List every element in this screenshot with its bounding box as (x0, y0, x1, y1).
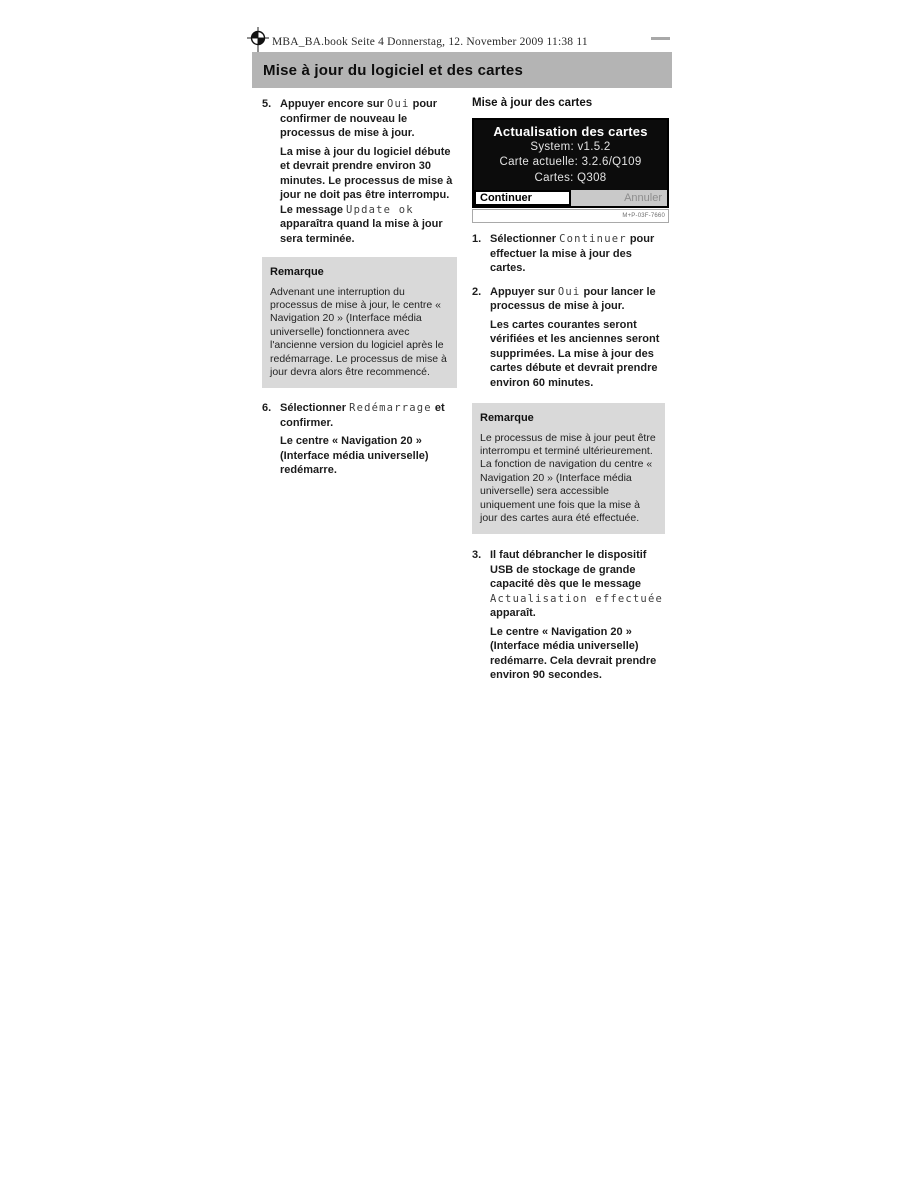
step-6-paragraph: Le centre « Navigation 20 » (Interface m… (280, 434, 457, 478)
note-box: Remarque Advenant une interruption du pr… (262, 257, 457, 388)
step-6: 6. Sélectionner Redémarrage et confirmer… (262, 401, 457, 430)
device-term: Update ok (346, 204, 414, 216)
device-screen: Actualisation des cartes System: v1.5.2 … (474, 120, 667, 191)
device-screen-title: Actualisation des cartes (474, 123, 667, 140)
step-5: 5. Appuyer encore sur Oui pour confirmer… (262, 97, 457, 141)
device-screen-line: Carte actuelle: 3.2.6/Q109 (474, 155, 667, 171)
step-text: Appuyer sur Oui pour lancer le processus… (490, 285, 670, 314)
crop-mark-dash (651, 37, 670, 40)
left-column: 5. Appuyer encore sur Oui pour confirmer… (262, 97, 457, 478)
device-term: Continuer (559, 233, 627, 245)
continue-button: Continuer (474, 190, 571, 206)
step-3: 3. Il faut débrancher le dispositif USB … (472, 548, 670, 621)
step-2: 2. Appuyer sur Oui pour lancer le proces… (472, 285, 670, 314)
device-screen-line: Cartes: Q308 (474, 171, 667, 187)
step-text: Sélectionner Continuer pour effectuer la… (490, 232, 670, 276)
step-3-paragraph: Le centre « Navigation 20 » (Interface m… (490, 625, 670, 683)
figure-caption: M+P-03F-7660 (472, 209, 669, 223)
device-term: Actualisation effectuée (490, 593, 663, 605)
device-screen-line: System: v1.5.2 (474, 140, 667, 156)
step-text-pre: Appuyer encore sur (280, 98, 387, 110)
paragraph-post: apparaîtra quand la mise à jour sera ter… (280, 218, 443, 245)
step-text: Appuyer encore sur Oui pour confirmer de… (280, 97, 457, 141)
note-box: Remarque Le processus de mise à jour peu… (472, 403, 665, 534)
step-1: 1. Sélectionner Continuer pour effectuer… (472, 232, 670, 276)
step-text-pre: Il faut débrancher le dispositif USB de … (490, 549, 646, 590)
step-number: 6. (262, 401, 280, 430)
note-title: Remarque (270, 265, 449, 280)
step-text: Sélectionner Redémarrage et confirmer. (280, 401, 457, 430)
section-heading: Mise à jour des cartes (472, 96, 670, 111)
device-button-row: Continuer Annuler (474, 190, 667, 206)
step-number: 1. (472, 232, 490, 276)
step-number: 2. (472, 285, 490, 314)
page-title-bar: Mise à jour du logiciel et des cartes (252, 52, 672, 88)
page-title: Mise à jour du logiciel et des cartes (252, 62, 523, 79)
step-2-paragraph: Les cartes courantes seront vérifiées et… (490, 318, 670, 391)
step-number: 5. (262, 97, 280, 141)
step-text-pre: Sélectionner (490, 233, 559, 245)
cancel-button: Annuler (571, 190, 668, 206)
device-term: Oui (558, 286, 581, 298)
step-text: Il faut débrancher le dispositif USB de … (490, 548, 670, 621)
device-term: Oui (387, 98, 410, 110)
step-5-paragraph: La mise à jour du logiciel débute et dev… (280, 145, 457, 247)
device-screen-figure: Actualisation des cartes System: v1.5.2 … (472, 118, 669, 224)
right-column: Mise à jour des cartes Actualisation des… (472, 96, 670, 683)
device-term: Redémarrage (349, 402, 432, 414)
step-number: 3. (472, 548, 490, 621)
note-body: Le processus de mise à jour peut être in… (480, 432, 657, 526)
step-text-pre: Sélectionner (280, 402, 349, 414)
note-title: Remarque (480, 411, 657, 426)
device-screen-frame: Actualisation des cartes System: v1.5.2 … (472, 118, 669, 209)
step-text-post: apparaît. (490, 607, 536, 619)
note-body: Advenant une interruption du processus d… (270, 286, 449, 380)
step-text-pre: Appuyer sur (490, 286, 558, 298)
document-info-line: MBA_BA.book Seite 4 Donnerstag, 12. Nove… (272, 36, 652, 48)
